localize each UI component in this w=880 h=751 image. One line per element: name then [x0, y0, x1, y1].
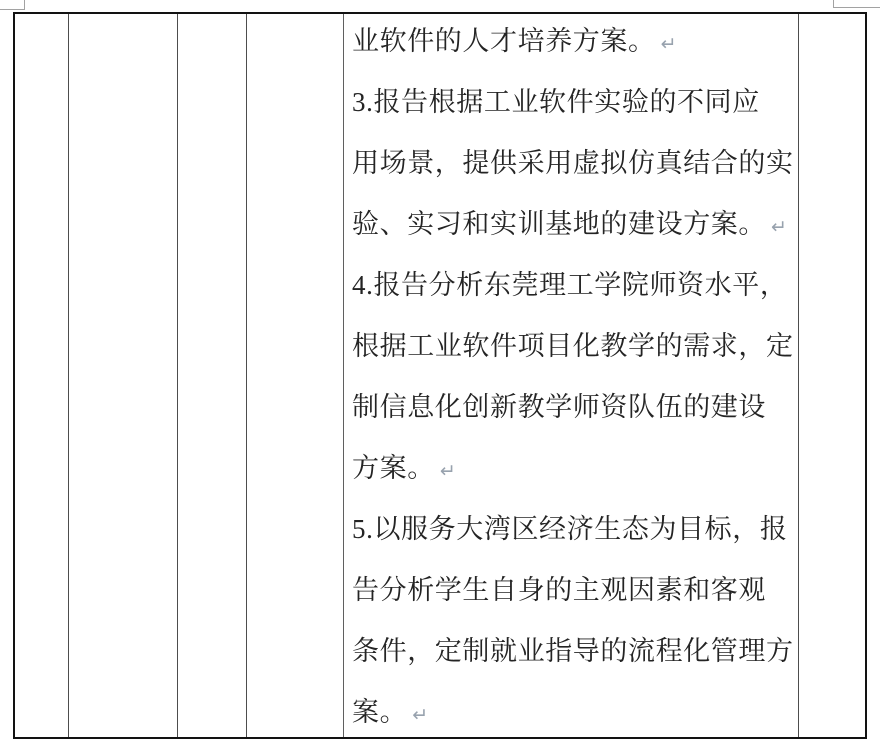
text-line-content: 用场景，提供采用虚拟仿真结合的实	[352, 148, 794, 178]
text-line-content: 案。	[352, 697, 407, 727]
paragraph-return-icon: ↵	[412, 704, 428, 726]
text-line-content: 业软件的人才培养方案。	[352, 26, 656, 56]
page-remnant-corner-left	[0, 0, 25, 10]
text-line[interactable]: 5.以服务大湾区经济生态为目标，报	[352, 499, 792, 560]
text-line-content: 5.以服务大湾区经济生态为目标，报	[352, 514, 787, 544]
paragraph-return-icon: ↵	[440, 460, 456, 482]
text-line[interactable]: 告分析学生自身的主观因素和客观	[352, 560, 792, 621]
table-cell-empty-2[interactable]	[69, 14, 178, 737]
table-cell-empty-4[interactable]	[247, 14, 344, 737]
text-line[interactable]: 制信息化创新教学师资队伍的建设	[352, 377, 792, 438]
text-line[interactable]: 验、实习和实训基地的建设方案。↵	[352, 194, 792, 255]
text-line[interactable]: 4.报告分析东莞理工学院师资水平，	[352, 255, 792, 316]
paragraph-return-icon: ↵	[771, 216, 787, 238]
document-page: 业软件的人才培养方案。↵ 3.报告根据工业软件实验的不同应 用场景，提供采用虚拟…	[0, 0, 880, 751]
text-line[interactable]: 业软件的人才培养方案。↵	[352, 14, 792, 72]
paragraph-return-icon: ↵	[661, 33, 677, 55]
text-line[interactable]: 方案。↵	[352, 438, 792, 499]
text-line-content: 告分析学生自身的主观因素和客观	[352, 575, 766, 605]
text-line[interactable]: 案。↵	[352, 682, 792, 737]
text-line-content: 制信息化创新教学师资队伍的建设	[352, 392, 766, 422]
page-remnant-corner-right	[833, 0, 880, 8]
document-table: 业软件的人才培养方案。↵ 3.报告根据工业软件实验的不同应 用场景，提供采用虚拟…	[13, 12, 867, 739]
table-cell-empty-5[interactable]	[799, 14, 865, 737]
table-cell-empty-3[interactable]	[178, 14, 247, 737]
text-line-content: 4.报告分析东莞理工学院师资水平，	[352, 270, 787, 300]
text-line-content: 方案。	[352, 453, 435, 483]
text-line-content: 根据工业软件项目化教学的需求，定	[352, 331, 794, 361]
text-line-content: 条件，定制就业指导的流程化管理方	[352, 636, 794, 666]
text-line[interactable]: 用场景，提供采用虚拟仿真结合的实	[352, 133, 792, 194]
text-line[interactable]: 根据工业软件项目化教学的需求，定	[352, 316, 792, 377]
text-line-content: 验、实习和实训基地的建设方案。	[352, 209, 766, 239]
text-line[interactable]: 条件，定制就业指导的流程化管理方	[352, 621, 792, 682]
table-cell-report-text[interactable]: 业软件的人才培养方案。↵ 3.报告根据工业软件实验的不同应 用场景，提供采用虚拟…	[344, 14, 799, 737]
text-line[interactable]: 3.报告根据工业软件实验的不同应	[352, 72, 792, 133]
text-line-content: 3.报告根据工业软件实验的不同应	[352, 87, 760, 117]
table-cell-empty-1[interactable]	[15, 14, 69, 737]
report-text-block[interactable]: 业软件的人才培养方案。↵ 3.报告根据工业软件实验的不同应 用场景，提供采用虚拟…	[344, 14, 798, 737]
